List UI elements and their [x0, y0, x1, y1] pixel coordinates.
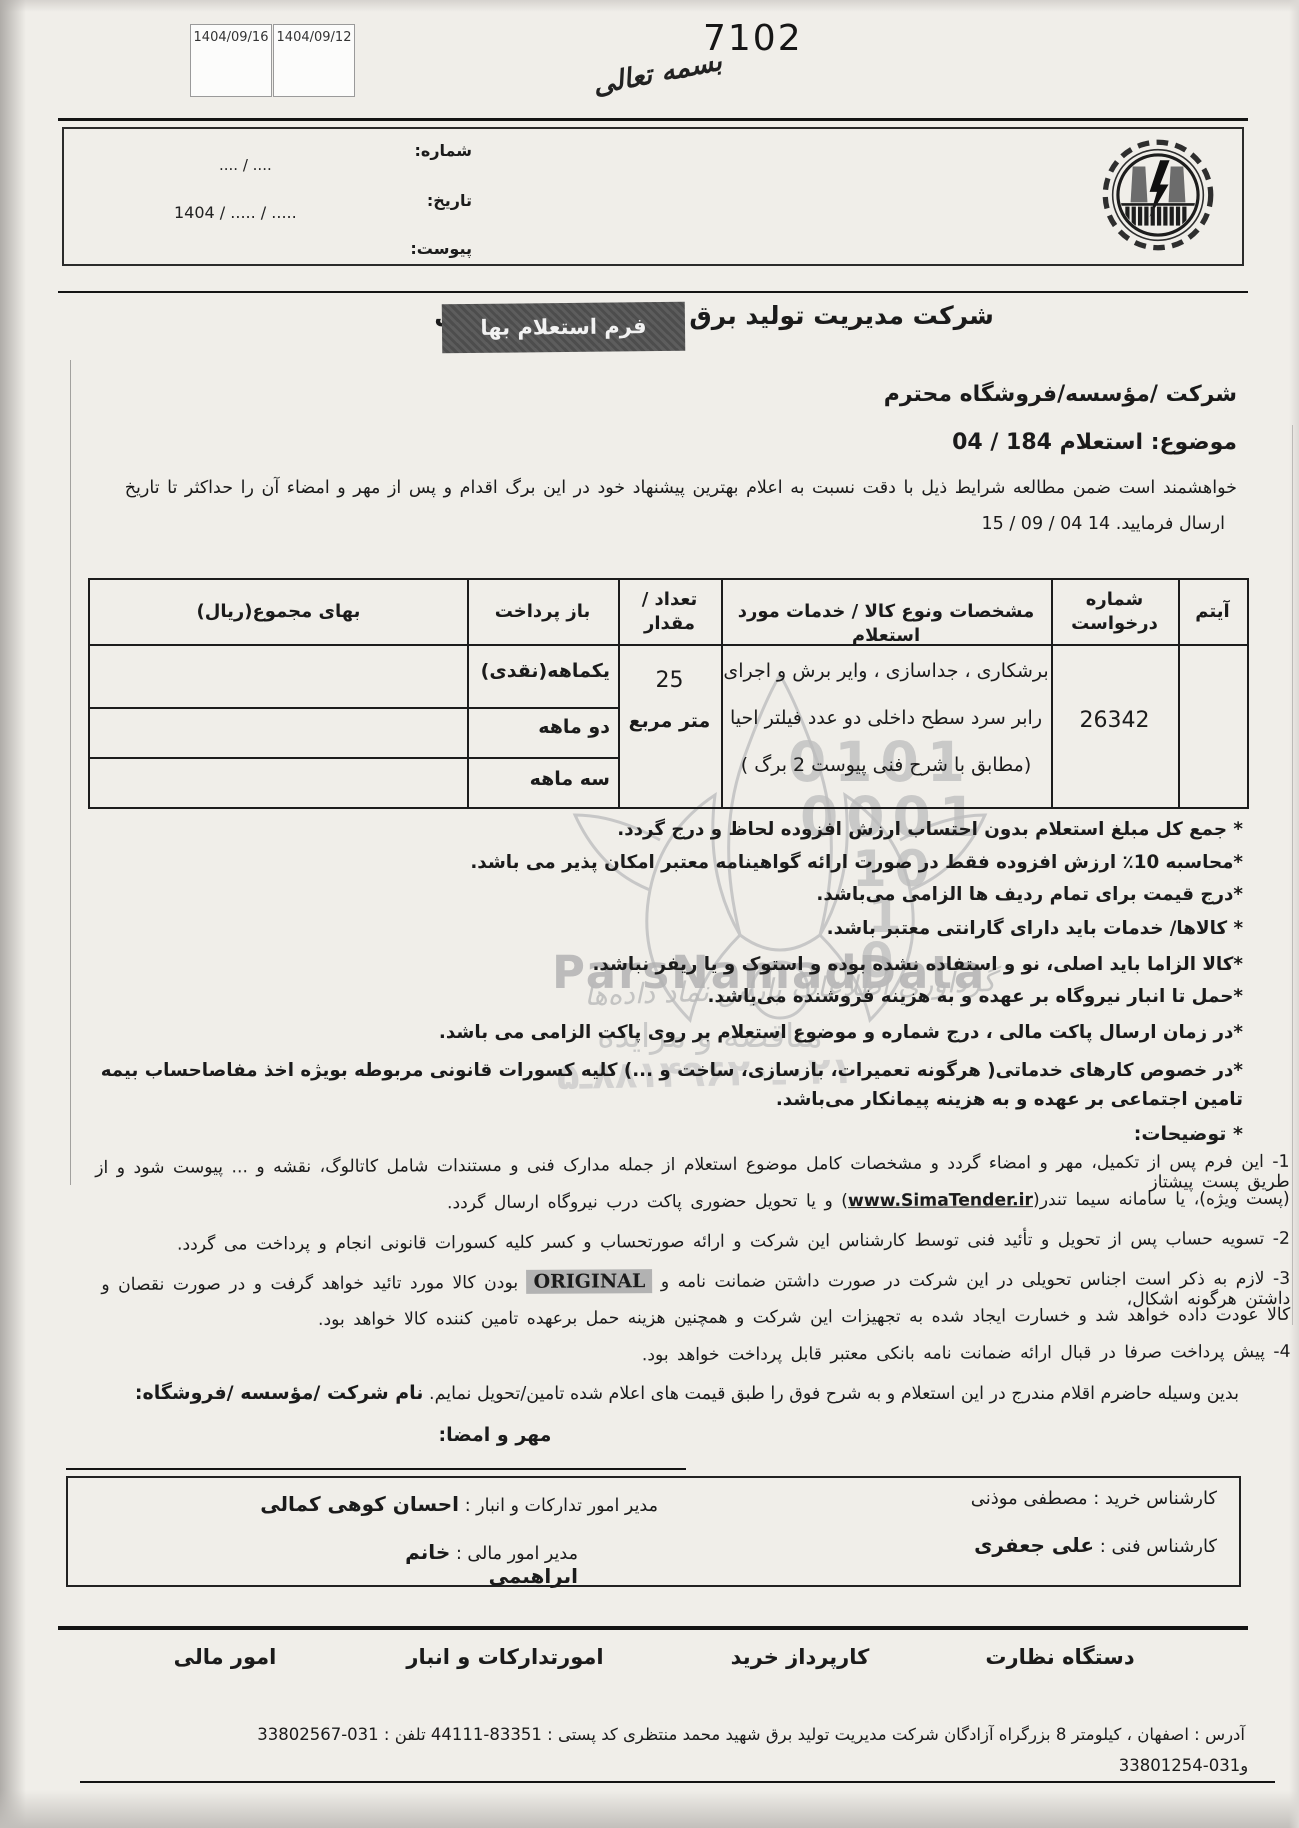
purchase-expert-name: مصطفی موذنی	[971, 1488, 1088, 1509]
letterhead-box: شرکت مدیریت تولید برق شهید محمد منتظری ش…	[62, 127, 1244, 266]
note-warranty: * کالاها/ خدمات باید دارای گارانتی معتبر…	[80, 914, 1243, 943]
number-value: .... / ....	[219, 156, 272, 174]
quantity-unit: متر مربع	[618, 710, 721, 732]
footer-col-supervision: دستگاه نظارت	[970, 1645, 1150, 1669]
footer-col-procurement: امورتدارکات و انبار	[395, 1645, 615, 1669]
payment-option-three-month: سه ماهه	[485, 768, 610, 790]
stamp-date-box-left: 1404/09/16	[190, 24, 272, 97]
stamp-date-box-right: 1404/09/12	[273, 24, 355, 97]
seal-and-signature-label: مهر و امضا:	[395, 1424, 595, 1446]
terms-section: 1- این فرم پس از تکمیل، مهر و امضاء گردد…	[77, 1145, 1290, 1371]
closing-statement: بدین وسیله حاضرم اقلام مندرج در این استع…	[60, 1382, 1239, 1404]
salutation: شرکت /مؤسسه/فروشگاه محترم	[884, 382, 1237, 407]
term1-line2-pre: (پست ویژه)، یا سامانه سیما تندر(	[1033, 1189, 1290, 1210]
attachment-label: پیوست:	[410, 239, 472, 258]
date-label: تاریخ:	[427, 191, 472, 210]
intro-line2: ارسال فرمایید. 15 / 09 / 04 14	[982, 514, 1225, 534]
intro-line2-text: ارسال فرمایید.	[1116, 514, 1225, 534]
page-fold-line-right	[1292, 425, 1293, 1325]
scan-edge-top	[0, 0, 1299, 12]
item-description-line1: برشکاری ، جداسازی ، وایر برش و اجرای	[721, 660, 1051, 682]
procurement-manager-label: مدیر امور تدارکات و انبار :	[465, 1496, 658, 1516]
closing-company-name-label: نام شرکت /مؤسسه /فروشگاه:	[135, 1382, 424, 1404]
subject-label: موضوع: استعلام	[1060, 430, 1237, 455]
technical-expert-name: علی جعفری	[974, 1533, 1094, 1557]
footer-col-purchaser: کارپرداز خرید	[715, 1645, 885, 1669]
payment-option-two-month: دو ماهه	[485, 716, 610, 738]
item-description-line3: (مطابق با شرح فنی پیوست 2 برگ )	[721, 754, 1051, 776]
stamp-date-left: 1404/09/16	[194, 30, 269, 45]
date-value: 1404 / ..... / .....	[174, 203, 297, 222]
address-line: آدرس : اصفهان ، کیلومتر 8 بزرگراه آزادگا…	[150, 1725, 1245, 1744]
footer-thick-rule	[58, 1626, 1248, 1630]
subject-number: 04 / 184	[952, 430, 1052, 455]
stamp-date-right: 1404/09/12	[277, 30, 352, 45]
scan-edge-left	[0, 0, 26, 1828]
scanned-inquiry-form: 0101 0001 10 1 0 ParsNamadData گردآوری ا…	[0, 0, 1299, 1828]
footer-col-finance: امور مالی	[165, 1645, 285, 1669]
term2: 2- تسویه حساب پس از تحویل و تأئید فنی تو…	[78, 1229, 1290, 1255]
column-header-request-no-line1: شماره	[1086, 589, 1144, 610]
bottom-rule	[80, 1781, 1275, 1783]
number-label: شماره:	[414, 141, 472, 160]
bismillah-calligraphy: بسمه تعالی	[590, 46, 724, 101]
scan-edge-bottom	[0, 1790, 1299, 1828]
scan-edge-right	[1289, 0, 1299, 1828]
secondary-phone: و031-33801254	[1092, 1756, 1275, 1775]
payment-option-cash: یکماهه(نقدی)	[485, 660, 610, 682]
item-description-line2: رابر سرد سطح داخلی دو عدد فیلتر احیا	[721, 707, 1051, 729]
original-highlight: ORIGINAL	[526, 1269, 652, 1294]
header-bottom-rule	[58, 291, 1248, 293]
inquiry-items-table: آیتم شماره درخواست مشخصات ونوع کالا / خد…	[88, 578, 1249, 809]
form-title-badge: فرم استعلام بها	[442, 302, 685, 354]
finance-manager-signature: مدیر امور مالی : خانم ابراهیمی	[323, 1540, 578, 1588]
column-header-total: بهای مجموع(ریال)	[90, 600, 467, 624]
page-fold-line-left	[70, 360, 71, 1185]
column-header-qty-line1: تعداد /	[642, 589, 698, 610]
note-service-deductions: *در خصوص کارهای خدماتی( هرگونه تعمیرات، …	[80, 1056, 1243, 1114]
column-header-qty-line2: مقدار	[644, 613, 695, 634]
note-shipping-cost: *حمل تا انبار نیروگاه بر عهده و به هزینه…	[80, 982, 1243, 1011]
technical-expert-label: کارشناس فنی :	[1100, 1536, 1217, 1557]
explanations-title: * توضیحات:	[80, 1120, 1243, 1149]
quantity-value: 25	[618, 668, 721, 693]
column-header-item: آیتم	[1178, 600, 1247, 624]
term1-line2-post: ) و یا تحویل حضوری پاکت درب نیروگاه ارسا…	[447, 1191, 848, 1213]
technical-expert-signature: کارشناس فنی : علی جعفری	[974, 1533, 1217, 1557]
intro-line2-date: 15 / 09 / 04 14	[982, 514, 1111, 534]
note-price-all-rows: *درج قیمت برای تمام ردیف ها الزامی می‌با…	[80, 880, 1243, 909]
term4: 4- پیش پرداخت صرفا در قبال ارائه ضمانت ن…	[78, 1342, 1290, 1368]
procurement-manager-name: احسان کوهی کمالی	[260, 1492, 459, 1516]
closing-text: بدین وسیله حاضرم اقلام مندرج در این استع…	[429, 1384, 1239, 1404]
signature-box: کارشناس خرید : مصطفی موذنی کارشناس فنی :…	[66, 1476, 1241, 1587]
note-vat-10-percent: *محاسبه 10٪ ارزش افزوده فقط در صورت ارائ…	[80, 848, 1243, 877]
signature-partial-rule	[66, 1468, 686, 1470]
payment-subrow-rule	[90, 757, 618, 759]
subject-line: موضوع: استعلام 04 / 184	[952, 430, 1237, 455]
column-header-request-no-line2: درخواست	[1071, 613, 1158, 634]
procurement-manager-signature: مدیر امور تدارکات و انبار : احسان کوهی ک…	[253, 1492, 658, 1516]
table-header-rule	[90, 644, 1247, 646]
note-original-goods: *کالا الزاما باید اصلی، نو و استفاده نشد…	[80, 950, 1243, 979]
column-header-request-no: شماره درخواست	[1051, 588, 1178, 637]
request-number-value: 26342	[1051, 708, 1178, 733]
note-envelope-labeling: *در زمان ارسال پاکت مالی ، درج شماره و م…	[80, 1018, 1243, 1047]
column-header-specs: مشخصات ونوع کالا / خدمات مورد استعلام	[721, 600, 1051, 649]
note-total-without-vat: * جمع کل مبلغ استعلام بدون احتساب ارزش ا…	[80, 815, 1243, 844]
company-emblem-icon	[1100, 137, 1216, 253]
sima-tender-url: www.SimaTender.ir	[848, 1190, 1033, 1211]
payment-subrow-rule	[90, 707, 618, 709]
column-header-qty: تعداد / مقدار	[618, 588, 721, 637]
header-top-rule	[58, 118, 1248, 121]
intro-line1: خواهشمند است ضمن مطالعه شرایط ذیل با دقت…	[80, 478, 1237, 498]
column-header-payment: باز پرداخت	[467, 600, 618, 624]
purchase-expert-signature: کارشناس خرید : مصطفی موذنی	[971, 1488, 1217, 1509]
finance-manager-label: مدیر امور مالی :	[456, 1544, 578, 1564]
purchase-expert-label: کارشناس خرید :	[1093, 1488, 1217, 1509]
